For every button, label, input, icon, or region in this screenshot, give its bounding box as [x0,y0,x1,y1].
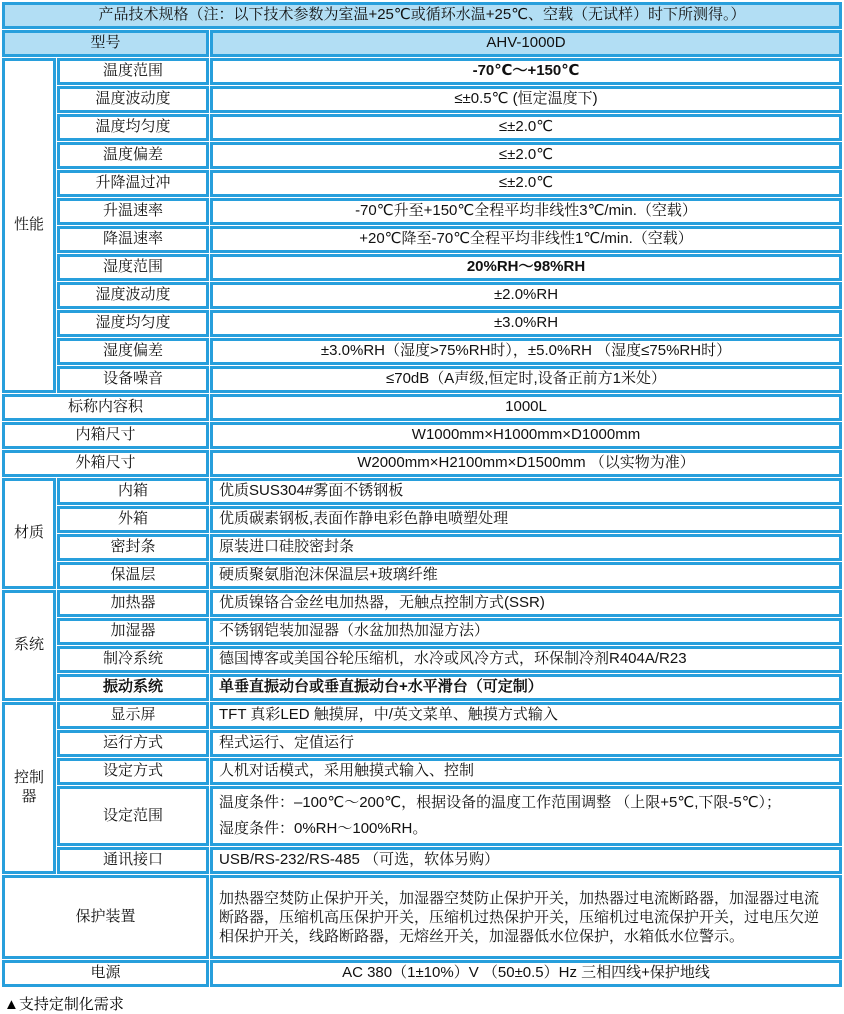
param-label: 加热器 [57,590,209,617]
param-value: 加热器空焚防止保护开关，加湿器空焚防止保护开关，加热器过电流断路器，加湿器过电流… [210,875,842,959]
param-label: 设定方式 [57,758,209,785]
param-label: 显示屏 [57,702,209,729]
spec-table: 产品技术规格（注：以下技术参数为室温+25℃或循环水温+25℃、空载（无试样）时… [1,1,843,988]
param-value: 温度条件：–100℃～200℃，根据设备的温度工作范围调整 （上限+5℃,下限-… [210,786,842,846]
spec-row: 通讯接口 USB/RS-232/RS-485 （可选，软体另购） [2,847,842,874]
param-value: TFT 真彩LED 触摸屏，中/英文菜单、触摸方式输入 [210,702,842,729]
param-label: 温度均匀度 [57,114,209,141]
param-value: 20%RH～98%RH [210,254,842,281]
param-label: 通讯接口 [57,847,209,874]
spec-row: 制冷系统 德国博客或美国谷轮压缩机，水冷或风冷方式，环保制冷剂R404A/R23 [2,646,842,673]
param-value: 德国博客或美国谷轮压缩机，水冷或风冷方式，环保制冷剂R404A/R23 [210,646,842,673]
page-title: 产品技术规格（注：以下技术参数为室温+25℃或循环水温+25℃、空载（无试样）时… [2,2,842,29]
spec-row: 湿度均匀度 ±3.0%RH [2,310,842,337]
param-value: ≤±2.0℃ [210,170,842,197]
spec-row: 标称内容积 1000L [2,394,842,421]
param-label: 振动系统 [57,674,209,701]
spec-row: 外箱 优质碳素钢板,表面作静电彩色静电喷塑处理 [2,506,842,533]
spec-row: 保温层 硬质聚氨脂泡沫保温层+玻璃纤维 [2,562,842,589]
spec-row: 设定方式 人机对话模式，采用触摸式输入、控制 [2,758,842,785]
spec-row: 运行方式 程式运行、定值运行 [2,730,842,757]
spec-row: 材质 内箱 优质SUS304#雾面不锈钢板 [2,478,842,505]
spec-row: 温度波动度 ≤±0.5℃ (恒定温度下) [2,86,842,113]
param-label: 加湿器 [57,618,209,645]
spec-row: 湿度范围 20%RH～98%RH [2,254,842,281]
param-label: 升温速率 [57,198,209,225]
spec-row: 系统 加热器 优质镍铬合金丝电加热器，无触点控制方式(SSR) [2,590,842,617]
spec-row: 密封条 原装进口硅胶密封条 [2,534,842,561]
param-value: 单垂直振动台或垂直振动台+水平滑台（可定制） [210,674,842,701]
param-value: -70℃升至+150℃全程平均非线性3℃/min.（空载） [210,198,842,225]
spec-row: 升降温过冲 ≤±2.0℃ [2,170,842,197]
param-value: -70℃～+150℃ [210,58,842,85]
param-label: 外箱 [57,506,209,533]
param-label: 温度偏差 [57,142,209,169]
param-value: USB/RS-232/RS-485 （可选，软体另购） [210,847,842,874]
spec-row: 升温速率 -70℃升至+150℃全程平均非线性3℃/min.（空载） [2,198,842,225]
spec-row: 湿度波动度 ±2.0%RH [2,282,842,309]
param-value: 优质SUS304#雾面不锈钢板 [210,478,842,505]
param-value: 优质镍铬合金丝电加热器，无触点控制方式(SSR) [210,590,842,617]
group-cell-performance: 性能 [2,58,56,393]
param-value: AC 380（1±10%）V （50±0.5）Hz 三相四线+保护地线 [210,960,842,987]
param-label: 湿度均匀度 [57,310,209,337]
model-label: 型号 [2,30,209,57]
spec-row: 温度均匀度 ≤±2.0℃ [2,114,842,141]
param-label: 保护装置 [2,875,209,959]
param-label: 湿度偏差 [57,338,209,365]
spec-row: 温度偏差 ≤±2.0℃ [2,142,842,169]
param-value: +20℃降至-70℃全程平均非线性1℃/min.（空载） [210,226,842,253]
param-label: 标称内容积 [2,394,209,421]
param-value: 原装进口硅胶密封条 [210,534,842,561]
spec-row: 性能 温度范围 -70℃～+150℃ [2,58,842,85]
model-value: AHV-1000D [210,30,842,57]
param-value: W2000mm×H2100mm×D1500mm （以实物为准） [210,450,842,477]
param-value: W1000mm×H1000mm×D1000mm [210,422,842,449]
spec-row: 降温速率 +20℃降至-70℃全程平均非线性1℃/min.（空载） [2,226,842,253]
param-value: ±3.0%RH [210,310,842,337]
param-label: 设定范围 [57,786,209,846]
group-cell-system: 系统 [2,590,56,701]
param-label: 温度范围 [57,58,209,85]
spec-row: 内箱尺寸 W1000mm×H1000mm×D1000mm [2,422,842,449]
param-value: 人机对话模式，采用触摸式输入、控制 [210,758,842,785]
spec-row: 控制器 显示屏 TFT 真彩LED 触摸屏，中/英文菜单、触摸方式输入 [2,702,842,729]
param-value: ±3.0%RH（湿度>75%RH时），±5.0%RH （湿度≤75%RH时） [210,338,842,365]
param-label: 外箱尺寸 [2,450,209,477]
param-label: 密封条 [57,534,209,561]
param-value: ≤±2.0℃ [210,142,842,169]
param-label: 保温层 [57,562,209,589]
param-label: 升降温过冲 [57,170,209,197]
title-row: 产品技术规格（注：以下技术参数为室温+25℃或循环水温+25℃、空载（无试样）时… [2,2,842,29]
spec-row: 外箱尺寸 W2000mm×H2100mm×D1500mm （以实物为准） [2,450,842,477]
spec-row: 振动系统 单垂直振动台或垂直振动台+水平滑台（可定制） [2,674,842,701]
param-value: 优质碳素钢板,表面作静电彩色静电喷塑处理 [210,506,842,533]
param-value: ±2.0%RH [210,282,842,309]
param-label: 湿度波动度 [57,282,209,309]
param-label: 内箱尺寸 [2,422,209,449]
group-cell-controller: 控制器 [2,702,56,874]
model-row: 型号 AHV-1000D [2,30,842,57]
spec-row: 保护装置 加热器空焚防止保护开关，加湿器空焚防止保护开关，加热器过电流断路器，加… [2,875,842,959]
spec-row: 电源 AC 380（1±10%）V （50±0.5）Hz 三相四线+保护地线 [2,960,842,987]
param-label: 湿度范围 [57,254,209,281]
spec-row: 设定范围 温度条件：–100℃～200℃，根据设备的温度工作范围调整 （上限+5… [2,786,842,846]
param-label: 电源 [2,960,209,987]
spec-row: 湿度偏差 ±3.0%RH（湿度>75%RH时），±5.0%RH （湿度≤75%R… [2,338,842,365]
spec-row: 加湿器 不锈钢铠装加湿器（水盆加热加湿方法） [2,618,842,645]
param-value: ≤±2.0℃ [210,114,842,141]
param-value: 不锈钢铠装加湿器（水盆加热加湿方法） [210,618,842,645]
param-value: 程式运行、定值运行 [210,730,842,757]
customization-footnote: ▲支持定制化需求 [4,993,844,1014]
param-value: 硬质聚氨脂泡沫保温层+玻璃纤维 [210,562,842,589]
group-cell-material: 材质 [2,478,56,589]
param-label: 制冷系统 [57,646,209,673]
param-label: 设备噪音 [57,366,209,393]
param-label: 温度波动度 [57,86,209,113]
param-value: 1000L [210,394,842,421]
spec-row: 设备噪音 ≤70dB（A声级,恒定时,设备正前方1米处） [2,366,842,393]
param-label: 内箱 [57,478,209,505]
param-value: ≤70dB（A声级,恒定时,设备正前方1米处） [210,366,842,393]
param-value: ≤±0.5℃ (恒定温度下) [210,86,842,113]
param-label: 运行方式 [57,730,209,757]
param-label: 降温速率 [57,226,209,253]
